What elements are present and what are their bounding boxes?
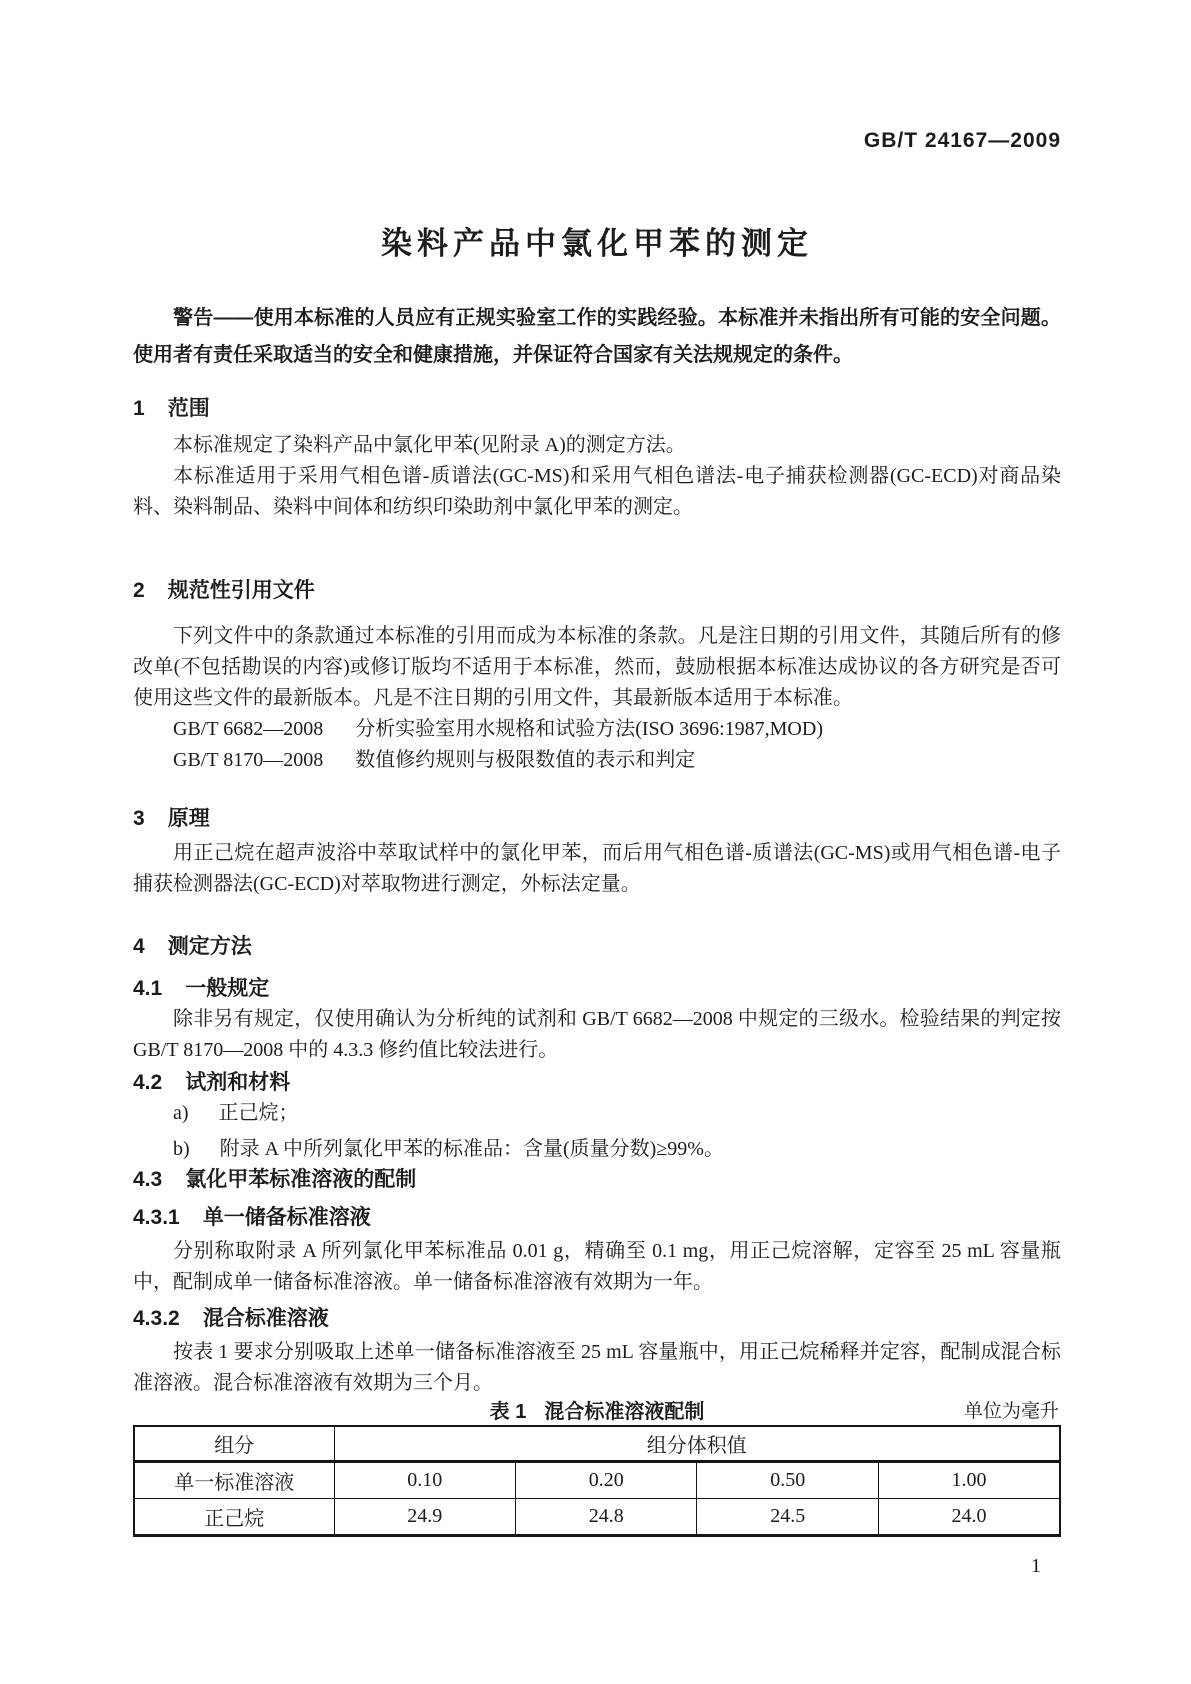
table-header-volume: 组分体积值: [334, 1426, 1060, 1462]
table-header-row: 组分 组分体积值: [134, 1426, 1060, 1462]
section-1-heading: 1范围: [133, 394, 1061, 424]
section-title: 原理: [168, 807, 210, 830]
section-number: 4.3.2: [133, 1307, 180, 1330]
table-header-component: 组分: [134, 1426, 334, 1462]
section-number: 4.3: [133, 1168, 162, 1191]
cell-value: 0.10: [334, 1462, 515, 1499]
page-number: 1: [133, 1555, 1061, 1578]
section-4-3-heading: 4.3氯化甲苯标准溶液的配制: [133, 1165, 1061, 1195]
table-label: 表 1: [490, 1401, 527, 1423]
table-row: 单一标准溶液 0.10 0.20 0.50 1.00: [134, 1462, 1060, 1499]
section-4-2-heading: 4.2试剂和材料: [133, 1068, 1061, 1098]
table-row: 正己烷 24.9 24.8 24.5 24.0: [134, 1499, 1060, 1536]
list-item-text: 附录 A 中所列氯化甲苯的标准品：含量(质量分数)≥99%。: [220, 1138, 724, 1160]
reference-code: GB/T 8170—2008: [173, 749, 323, 771]
section-number: 4.3.1: [133, 1206, 180, 1229]
section-title: 范围: [168, 397, 210, 420]
list-marker: b): [173, 1138, 190, 1160]
section-3-heading: 3原理: [133, 804, 1061, 834]
section-title: 测定方法: [168, 935, 252, 958]
list-item-b: b)附录 A 中所列氯化甲苯的标准品：含量(质量分数)≥99%。: [133, 1134, 1061, 1165]
section-number: 4.1: [133, 977, 162, 1000]
section-4-3-1-heading: 4.3.1单一储备标准溶液: [133, 1203, 1061, 1233]
section-4-1-heading: 4.1一般规定: [133, 974, 1061, 1004]
section-number: 3: [133, 807, 145, 830]
section-title: 氯化甲苯标准溶液的配制: [185, 1168, 416, 1191]
reference-title: 分析实验室用水规格和试验方法(ISO 3696:1987,MOD): [355, 718, 823, 740]
list-item-a: a)正己烷；: [133, 1098, 1061, 1129]
section-title: 试剂和材料: [185, 1071, 290, 1094]
document-page: GB/T 24167—2009 染料产品中氯化甲苯的测定 警告——使用本标准的人…: [0, 0, 1191, 1684]
row-label: 单一标准溶液: [134, 1462, 334, 1499]
cell-value: 24.9: [334, 1499, 515, 1536]
section-title: 一般规定: [185, 977, 269, 1000]
section-number: 4.2: [133, 1071, 162, 1094]
reference-entry: GB/T 8170—2008数值修约规则与极限数值的表示和判定: [133, 745, 1061, 776]
cell-value: 1.00: [878, 1462, 1060, 1499]
row-label: 正己烷: [134, 1499, 334, 1536]
list-item-text: 正己烷；: [219, 1102, 299, 1124]
cell-value: 24.8: [516, 1499, 697, 1536]
section-title: 规范性引用文件: [168, 579, 315, 602]
cell-value: 24.0: [878, 1499, 1060, 1536]
section-number: 2: [133, 579, 145, 602]
section-4-heading: 4测定方法: [133, 932, 1061, 962]
cell-value: 24.5: [697, 1499, 878, 1536]
table-unit-note: 单位为毫升: [964, 1399, 1059, 1425]
section-number: 4: [133, 935, 145, 958]
section-4-3-2-paragraph-1: 按表 1 要求分别吸取上述单一储备标准溶液至 25 mL 容量瓶中，用正己烷稀释…: [133, 1337, 1061, 1399]
cell-value: 0.50: [697, 1462, 878, 1499]
cell-value: 0.20: [516, 1462, 697, 1499]
table-1-caption-row: 表 1混合标准溶液配制 单位为毫升: [133, 1399, 1061, 1425]
page-content: GB/T 24167—2009 染料产品中氯化甲苯的测定 警告——使用本标准的人…: [133, 0, 1061, 1578]
section-4-1-paragraph-1: 除非另有规定，仅使用确认为分析纯的试剂和 GB/T 6682—2008 中规定的…: [133, 1004, 1061, 1066]
section-4-3-1-paragraph-1: 分别称取附录 A 所列氯化甲苯标准品 0.01 g，精确至 0.1 mg，用正己…: [133, 1236, 1061, 1298]
list-marker: a): [173, 1102, 189, 1124]
section-number: 1: [133, 397, 145, 420]
section-title: 单一储备标准溶液: [203, 1206, 371, 1229]
section-4-3-2-heading: 4.3.2混合标准溶液: [133, 1304, 1061, 1334]
reference-code: GB/T 6682—2008: [173, 718, 323, 740]
section-title: 混合标准溶液: [203, 1307, 329, 1330]
standard-code: GB/T 24167—2009: [133, 128, 1061, 154]
reference-entry: GB/T 6682—2008分析实验室用水规格和试验方法(ISO 3696:19…: [133, 714, 1061, 745]
section-3-paragraph-1: 用正己烷在超声波浴中萃取试样中的氯化甲苯，而后用气相色谱-质谱法(GC-MS)或…: [133, 838, 1061, 900]
table-caption-text: 混合标准溶液配制: [544, 1401, 704, 1423]
table-1-caption: 表 1混合标准溶液配制: [133, 1399, 1061, 1425]
warning-paragraph: 警告——使用本标准的人员应有正规实验室工作的实践经验。本标准并未指出所有可能的安…: [133, 300, 1061, 374]
reference-title: 数值修约规则与极限数值的表示和判定: [355, 749, 695, 771]
section-1-paragraph-2: 本标准适用于采用气相色谱-质谱法(GC-MS)和采用气相色谱法-电子捕获检测器(…: [133, 461, 1061, 523]
section-1-paragraph-1: 本标准规定了染料产品中氯化甲苯(见附录 A)的测定方法。: [133, 430, 1061, 461]
section-2-paragraph-1: 下列文件中的条款通过本标准的引用而成为本标准的条款。凡是注日期的引用文件，其随后…: [133, 621, 1061, 714]
table-1: 组分 组分体积值 单一标准溶液 0.10 0.20 0.50 1.00 正己烷 …: [133, 1425, 1061, 1537]
page-title: 染料产品中氯化甲苯的测定: [133, 224, 1061, 264]
section-2-heading: 2规范性引用文件: [133, 576, 1061, 606]
